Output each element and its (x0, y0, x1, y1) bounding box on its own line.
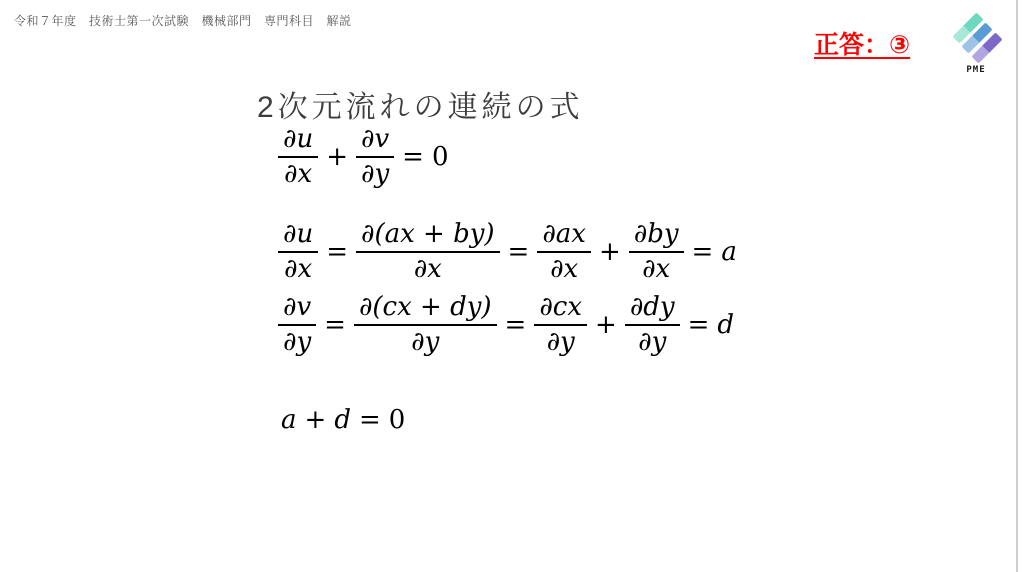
equals-operator: = (688, 310, 710, 340)
equation-dvdy-expansion: ∂v ∂y = ∂(cx + dy) ∂y = ∂cx ∂y + ∂dy ∂y … (278, 293, 734, 356)
frac-d-cxdy-dy: ∂(cx + dy) ∂y (354, 293, 497, 356)
plus-operator: + (599, 237, 621, 267)
fraction-numerator: ∂(cx + dy) (354, 293, 497, 324)
fraction-denominator: ∂y (354, 324, 497, 357)
equals-operator: = (402, 142, 424, 172)
fraction-numerator: ∂ax (537, 220, 591, 251)
slide-right-edge (1016, 0, 1018, 572)
equals-operator: = (324, 310, 346, 340)
equals-operator: = (326, 237, 348, 267)
fraction-numerator: ∂u (278, 220, 318, 251)
plus-operator: + (326, 142, 348, 172)
fraction-denominator: ∂x (537, 251, 591, 284)
fraction-denominator: ∂x (356, 251, 500, 284)
fraction-denominator: ∂x (278, 251, 318, 284)
equation-continuity: ∂u ∂x + ∂v ∂y = 0 (278, 125, 448, 188)
equals-operator: = (692, 237, 714, 267)
slide: 令和７年度 技術士第一次試験 機械部門 専門科目 解説 正答：③ PME 2次元… (0, 0, 1024, 572)
slide-title: 2次元流れの連続の式 (257, 82, 584, 126)
plus-operator: + (305, 405, 327, 435)
frac-dby-dx: ∂by ∂x (629, 220, 684, 283)
fraction-numerator: ∂(ax + by) (356, 220, 500, 251)
equals-operator: = (508, 237, 530, 267)
fraction-numerator: ∂dy (625, 293, 680, 324)
fraction-denominator: ∂y (625, 324, 680, 357)
frac-dv-dy: ∂v ∂y (356, 125, 394, 188)
frac-du-dx: ∂u ∂x (278, 125, 318, 188)
result-a: a (721, 237, 737, 267)
pme-logo: PME (949, 8, 1003, 78)
term-d: d (334, 405, 351, 435)
frac-ddy-dy: ∂dy ∂y (625, 293, 680, 356)
frac-dax-dx: ∂ax ∂x (537, 220, 591, 283)
frac-du-dx: ∂u ∂x (278, 220, 318, 283)
equation-result: a + d = 0 (281, 402, 405, 438)
correct-answer: 正答：③ (814, 25, 910, 61)
equals-operator: = (359, 405, 381, 435)
fraction-denominator: ∂x (629, 251, 684, 284)
fraction-denominator: ∂y (356, 156, 394, 189)
fraction-numerator: ∂v (356, 125, 394, 156)
fraction-denominator: ∂x (278, 156, 318, 189)
result-d: d (717, 310, 734, 340)
zero-value: 0 (389, 405, 406, 435)
frac-d-axby-dx: ∂(ax + by) ∂x (356, 220, 500, 283)
fraction-numerator: ∂cx (534, 293, 587, 324)
fraction-numerator: ∂u (278, 125, 318, 156)
header-text: 令和７年度 技術士第一次試験 機械部門 専門科目 解説 (14, 12, 352, 29)
term-a: a (281, 405, 297, 435)
frac-dcx-dy: ∂cx ∂y (534, 293, 587, 356)
fraction-denominator: ∂y (534, 324, 587, 357)
equation-dudx-expansion: ∂u ∂x = ∂(ax + by) ∂x = ∂ax ∂x + ∂by ∂x … (278, 220, 737, 283)
fraction-denominator: ∂y (278, 324, 316, 357)
zero-value: 0 (432, 142, 449, 172)
plus-operator: + (595, 310, 617, 340)
frac-dv-dy: ∂v ∂y (278, 293, 316, 356)
logo-label: PME (949, 65, 1003, 75)
fraction-numerator: ∂v (278, 293, 316, 324)
equals-operator: = (505, 310, 527, 340)
fraction-numerator: ∂by (629, 220, 684, 251)
